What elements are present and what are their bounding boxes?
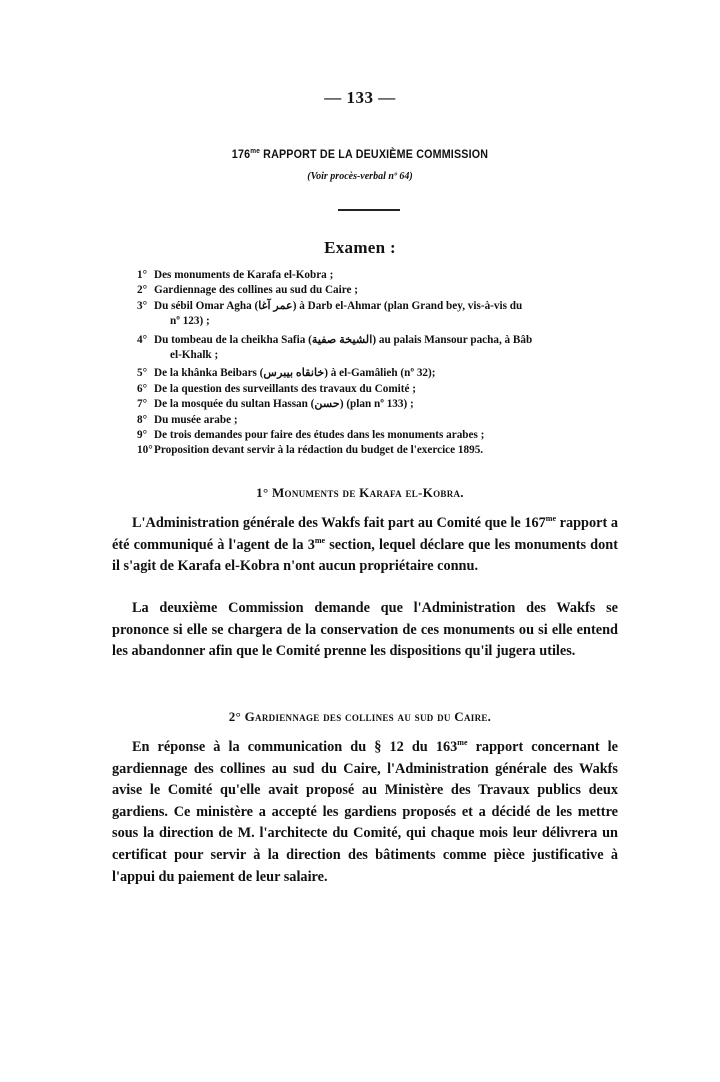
agenda-item-number: 3° <box>137 299 147 314</box>
agenda-list: 1° Des monuments de Karafa el-Kobra ; 2°… <box>137 268 612 459</box>
agenda-item-text: Du tombeau de la cheikha Safia (الشيخة ص… <box>154 334 532 346</box>
agenda-item: 7° De la mosquée du sultan Hassan (حسن) … <box>137 397 612 412</box>
agenda-item: 6° De la question des surveillants des t… <box>137 382 612 397</box>
report-number-suffix: me <box>250 148 260 155</box>
agenda-item-continuation: el-Khalk ; <box>154 348 612 363</box>
agenda-item-text: De la khânka Beibars (خانقاه بيبرس) à el… <box>154 367 435 379</box>
agenda-item-text: Gardiennage des collines au sud du Caire… <box>154 284 358 296</box>
agenda-item-number: 9° <box>137 428 147 443</box>
report-title-text: RAPPORT DE LA DEUXIÈME COMMISSION <box>260 149 488 161</box>
ordinal-suffix: me <box>315 536 325 545</box>
agenda-item-number: 10° <box>137 443 153 458</box>
paragraph-gardiennage: En réponse à la communication du § 12 du… <box>112 737 618 888</box>
examen-heading: Examen : <box>0 238 720 258</box>
paragraph-commission-request: La deuxième Commission demande que l'Adm… <box>112 598 618 663</box>
document-page: — 133 — 176me RAPPORT DE LA DEUXIÈME COM… <box>0 0 720 1082</box>
agenda-item-text: De trois demandes pour faire des études … <box>154 429 484 441</box>
agenda-item-continuation: nº 123) ; <box>154 314 612 329</box>
agenda-item-text: Du musée arabe ; <box>154 414 238 426</box>
agenda-item: 1° Des monuments de Karafa el-Kobra ; <box>137 268 612 283</box>
agenda-item: 8° Du musée arabe ; <box>137 413 612 428</box>
paragraph-text: En réponse à la communication du § 12 du… <box>132 739 457 755</box>
agenda-item-number: 6° <box>137 382 147 397</box>
agenda-item-number: 7° <box>137 397 147 412</box>
paragraph-text: L'Administration générale des Wakfs fait… <box>132 515 546 531</box>
agenda-item-number: 1° <box>137 268 147 283</box>
agenda-item-text: Des monuments de Karafa el-Kobra ; <box>154 269 333 281</box>
ordinal-suffix: me <box>546 514 556 523</box>
agenda-item: 9° De trois demandes pour faire des étud… <box>137 428 612 443</box>
agenda-item: 2° Gardiennage des collines au sud du Ca… <box>137 283 612 298</box>
report-subtitle: (Voir procès-verbal nº 64) <box>0 171 720 182</box>
agenda-item-number: 5° <box>137 366 147 381</box>
report-number: 176 <box>232 149 250 161</box>
agenda-item: 10° Proposition devant servir à la rédac… <box>137 443 612 458</box>
agenda-item-text: Proposition devant servir à la rédaction… <box>154 444 483 456</box>
agenda-item-number: 2° <box>137 283 147 298</box>
agenda-item: 5° De la khânka Beibars (خانقاه بيبرس) à… <box>137 366 612 381</box>
section-heading-gardiennage: 2° Gardiennage des collines au sud du Ca… <box>0 709 720 725</box>
agenda-item: 4° Du tombeau de la cheikha Safia (الشيخ… <box>137 333 612 364</box>
paragraph-text: rapport concernant le gardiennage des co… <box>112 739 618 885</box>
agenda-item-text: Du sébil Omar Agha (عمر آغا) à Darb el-A… <box>154 300 522 312</box>
agenda-item-text: De la question des surveillants des trav… <box>154 383 416 395</box>
page-number: — 133 — <box>0 88 720 108</box>
divider-rule <box>338 209 400 211</box>
report-title: 176me RAPPORT DE LA DEUXIÈME COMMISSION <box>25 148 695 161</box>
agenda-item-text: De la mosquée du sultan Hassan (حسن) (pl… <box>154 398 414 410</box>
paragraph-wakfs-report: L'Administration générale des Wakfs fait… <box>112 513 618 578</box>
agenda-item-number: 4° <box>137 333 147 348</box>
agenda-item: 3° Du sébil Omar Agha (عمر آغا) à Darb e… <box>137 299 612 330</box>
section-heading-karafa: 1° Monuments de Karafa el-Kobra. <box>0 485 720 501</box>
ordinal-suffix: me <box>457 738 467 747</box>
agenda-item-number: 8° <box>137 413 147 428</box>
